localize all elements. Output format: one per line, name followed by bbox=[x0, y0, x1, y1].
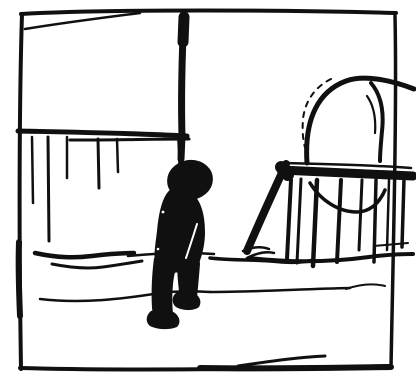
drip-line bbox=[179, 141, 180, 164]
storyboard-sketch bbox=[0, 0, 416, 389]
wall-panel-bottom-overdraw bbox=[70, 139, 189, 140]
railing-spindle bbox=[313, 180, 317, 266]
wall-panel-top-edge bbox=[25, 13, 140, 29]
wall-panel bbox=[18, 13, 189, 159]
dome-right-edge bbox=[371, 83, 383, 161]
frame-right-line bbox=[391, 16, 396, 367]
ground-line-upper-a bbox=[35, 253, 134, 257]
ink-speck-highlight bbox=[157, 248, 160, 251]
dome-shape bbox=[303, 78, 414, 212]
ground-line-upper-b bbox=[52, 261, 142, 268]
railing-spindle bbox=[387, 180, 389, 250]
drip-line bbox=[117, 139, 118, 172]
railing-spindle bbox=[374, 180, 376, 262]
frame-left-overdraw bbox=[19, 242, 20, 316]
frame-bottom-stray-stroke bbox=[238, 356, 325, 366]
storyboard-panel bbox=[0, 0, 416, 389]
railing-structure bbox=[243, 163, 413, 266]
railing-spindle bbox=[297, 179, 301, 263]
ground-line-lower-right bbox=[210, 288, 350, 292]
frame-bottom-overdraw bbox=[200, 367, 391, 368]
wall-panel-bottom-edge bbox=[18, 131, 187, 136]
railing-spindle bbox=[359, 180, 362, 250]
drip-line bbox=[48, 137, 49, 241]
drip-line bbox=[32, 137, 33, 203]
wall-panel-right-edge-blob bbox=[183, 17, 184, 42]
person-silhouette bbox=[147, 156, 216, 329]
railing-spindle bbox=[287, 180, 291, 259]
person-left-foot bbox=[147, 309, 180, 329]
railing-spindle bbox=[337, 180, 341, 262]
railing-spindle bbox=[402, 179, 404, 247]
dome-inner-arc bbox=[367, 96, 375, 133]
dome-arc bbox=[307, 78, 414, 163]
drip-line bbox=[98, 139, 99, 188]
diagonal-strut bbox=[247, 164, 286, 251]
railing-top-bar bbox=[281, 170, 413, 176]
frame-top-line bbox=[21, 11, 396, 15]
railing-bottom-rail bbox=[249, 254, 413, 261]
ink-speck-highlight bbox=[162, 211, 165, 214]
person-torso bbox=[154, 187, 205, 273]
ground-line-hook bbox=[346, 284, 385, 289]
